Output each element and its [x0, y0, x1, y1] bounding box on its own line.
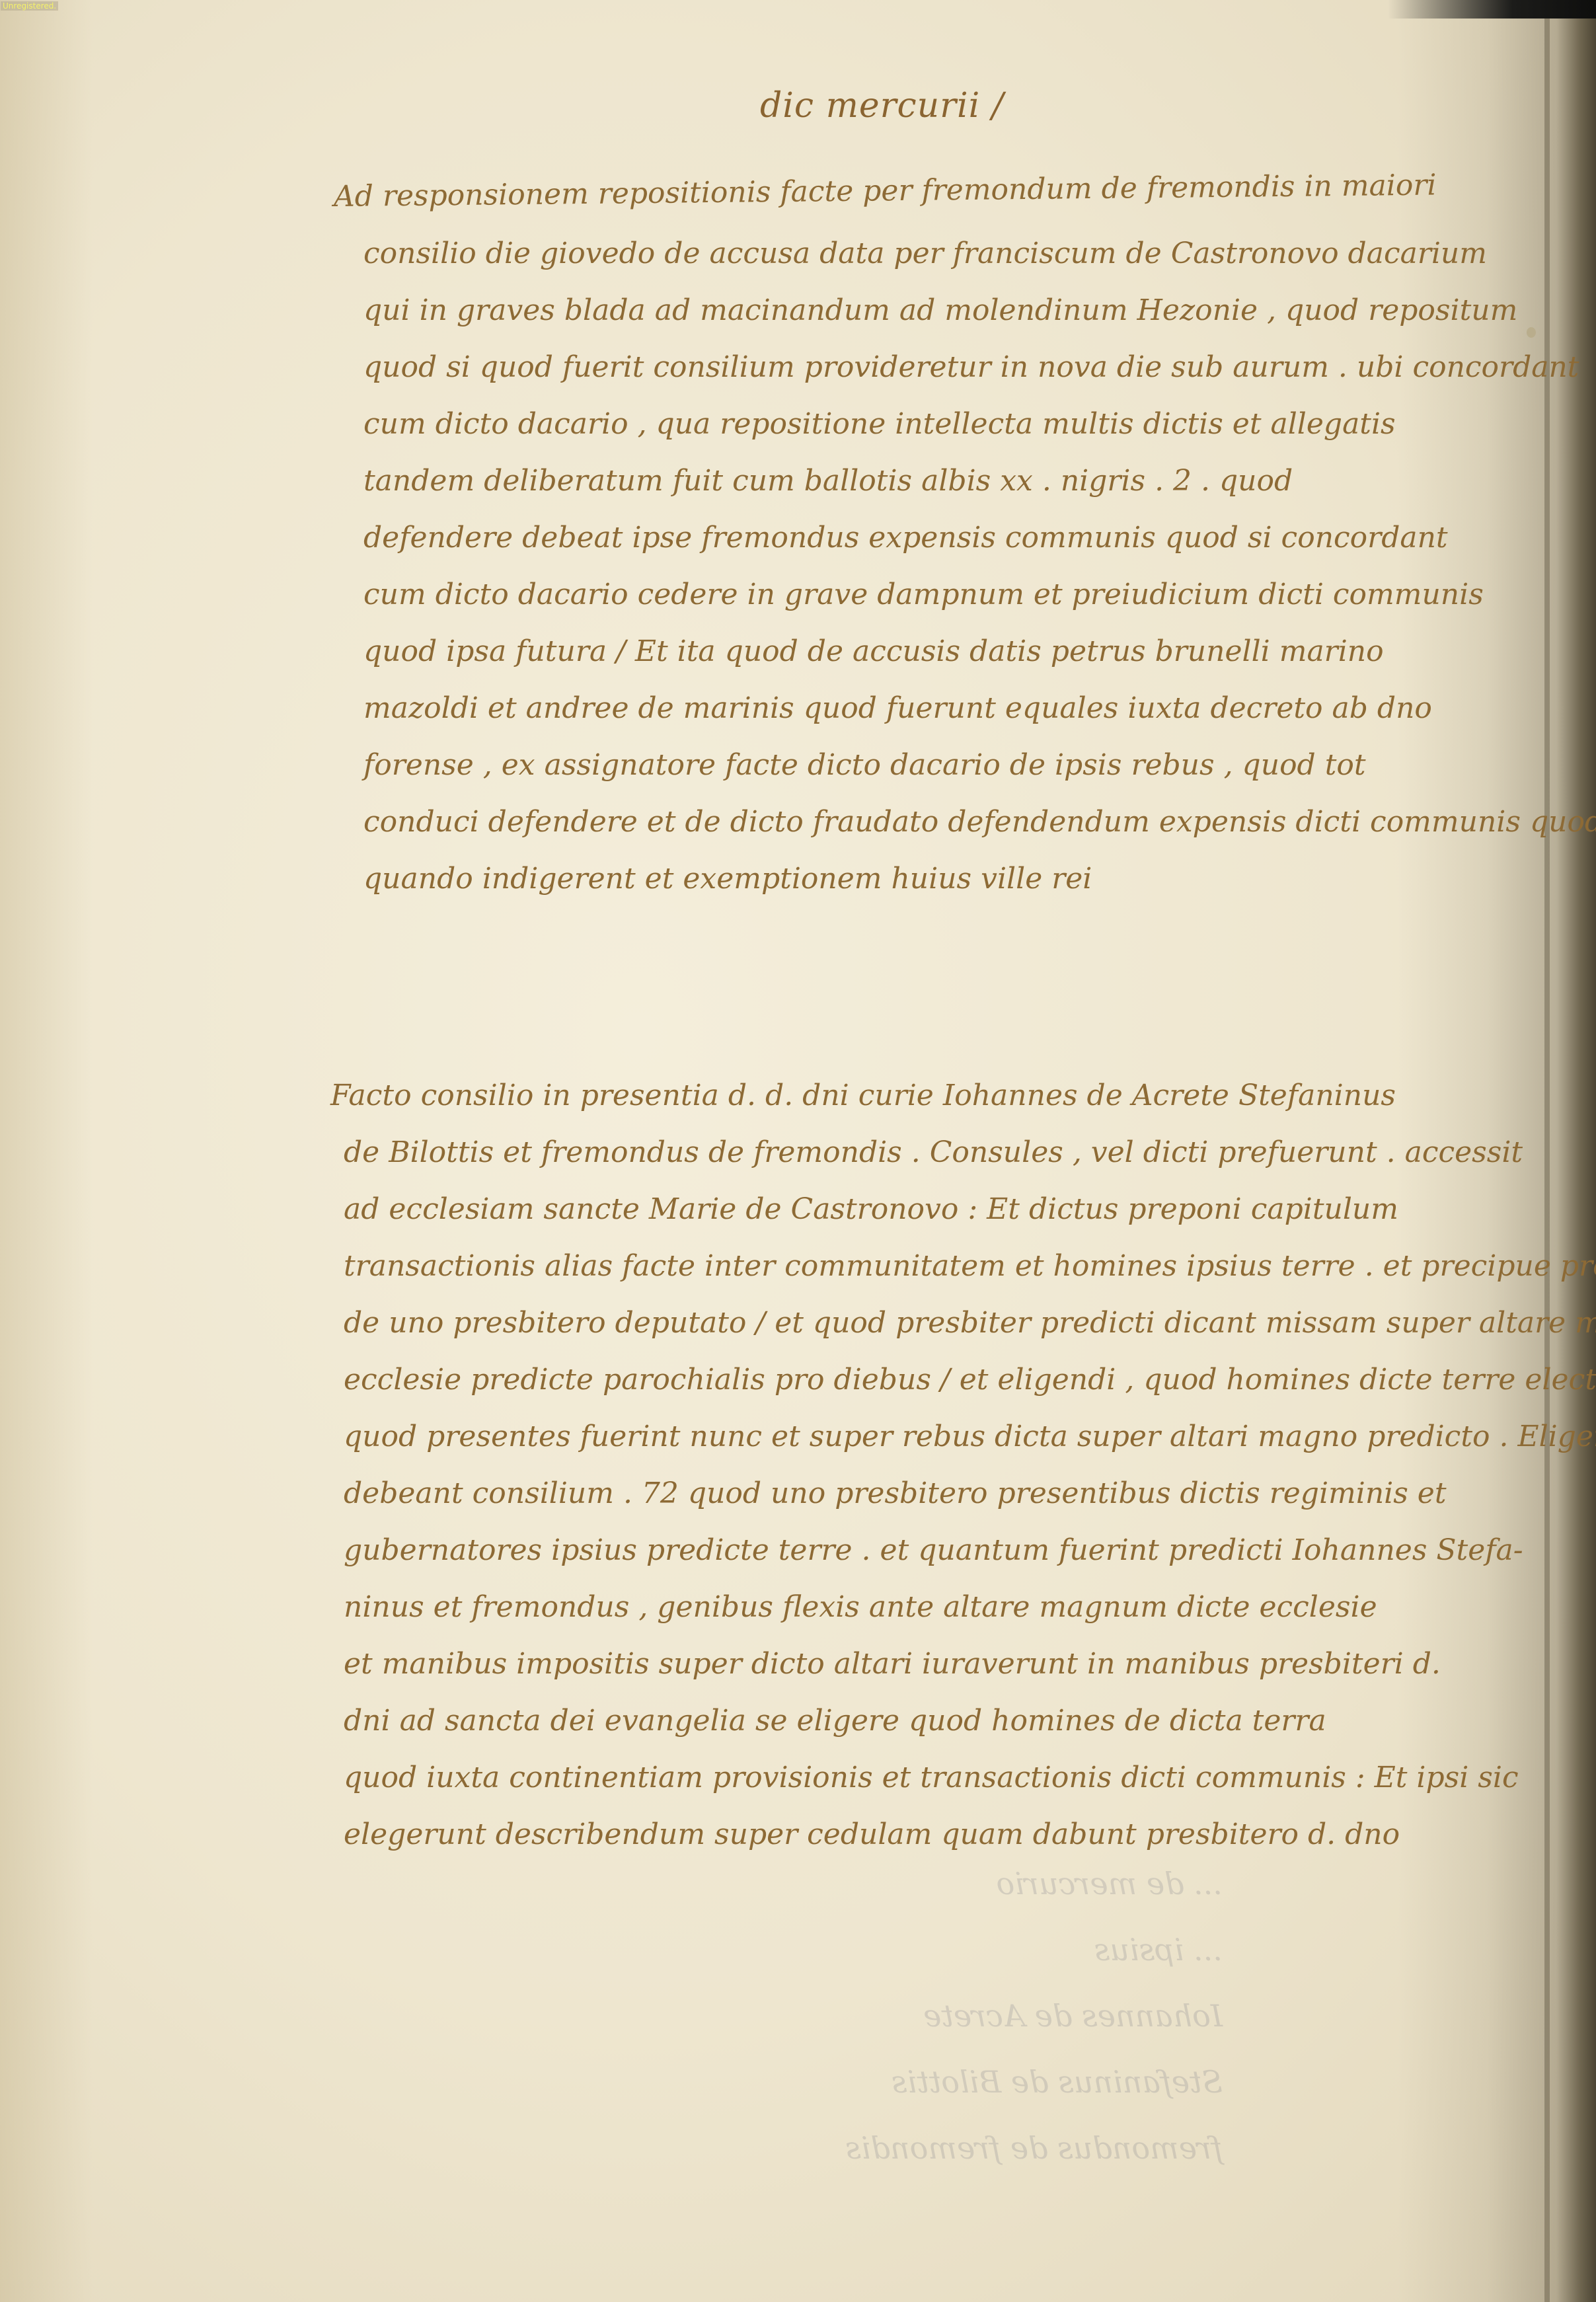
- text-line: et manibus impositis super dicto altari …: [330, 1636, 1573, 1693]
- text-line: quod iuxta continentiam provisionis et t…: [330, 1749, 1573, 1806]
- text-line: tandem deliberatum fuit cum ballotis alb…: [334, 453, 1553, 510]
- page-heading: dic mercurii /: [760, 86, 1004, 126]
- text-line: defendere debeat ipse fremondus expensis…: [334, 510, 1553, 566]
- text-line: consilio die giovedo de accusa data per …: [334, 225, 1553, 282]
- scan-border: [1388, 0, 1596, 19]
- show-through-line: Stefaninus de Bilottis: [760, 2049, 1223, 2115]
- paper-flaw: [1527, 327, 1536, 338]
- text-line: ecclesie predicte parochialis pro diebus…: [330, 1352, 1573, 1408]
- watermark-label: Unregistered.: [1, 1, 58, 11]
- paragraph-electio: Facto consilio in presentia d. d. dni cu…: [330, 1067, 1573, 1863]
- text-line: ad ecclesiam sancte Marie de Castronovo …: [330, 1181, 1573, 1238]
- paragraph-responsio: Ad responsionem repositionis facte per f…: [334, 169, 1553, 907]
- show-through-line: fremondus de fremondis: [760, 2115, 1223, 2181]
- text-line: cum dicto dacario cedere in grave dampnu…: [334, 566, 1553, 623]
- show-through-line: ... ipsius: [760, 1917, 1223, 1983]
- text-line: de Bilottis et fremondus de fremondis . …: [330, 1124, 1573, 1181]
- text-line: transactionis alias facte inter communit…: [330, 1238, 1573, 1295]
- text-line: mazoldi et andree de marinis quod fuerun…: [334, 680, 1553, 737]
- paper-stain: [0, 0, 93, 2302]
- text-line: quod ipsa futura / Et ita quod de accusi…: [334, 623, 1553, 680]
- text-line: de uno presbitero deputato / et quod pre…: [330, 1295, 1573, 1352]
- text-line: quando indigerent et exemptionem huius v…: [334, 851, 1553, 907]
- show-through-text: ... de mercurio ... ipsius Iohannes de A…: [760, 1851, 1223, 2247]
- manuscript-page: Unregistered. dic mercurii / Ad responsi…: [0, 0, 1596, 2302]
- text-line: cum dicto dacario , qua repositione inte…: [334, 396, 1553, 453]
- show-through-line: Iohannes de Acrete: [760, 1983, 1223, 2049]
- text-line: Facto consilio in presentia d. d. dni cu…: [330, 1067, 1560, 1124]
- text-line: debeant consilium . 72 quod uno presbite…: [330, 1465, 1573, 1522]
- text-line: quod si quod fuerit consilium provideret…: [334, 339, 1553, 396]
- text-line: quod presentes fuerint nunc et super reb…: [330, 1408, 1573, 1465]
- show-through-line: ... de mercurio: [760, 1851, 1223, 1917]
- text-line: ninus et fremondus , genibus flexis ante…: [330, 1579, 1573, 1636]
- text-line: Ad responsionem repositionis facte per f…: [334, 156, 1524, 225]
- text-line: qui in graves blada ad macinandum ad mol…: [334, 282, 1553, 339]
- text-line: forense , ex assignatore facte dicto dac…: [334, 737, 1553, 794]
- text-line: dni ad sancta dei evangelia se eligere q…: [330, 1693, 1573, 1749]
- text-line: gubernatores ipsius predicte terre . et …: [330, 1522, 1573, 1579]
- text-line: conduci defendere et de dicto fraudato d…: [334, 794, 1553, 851]
